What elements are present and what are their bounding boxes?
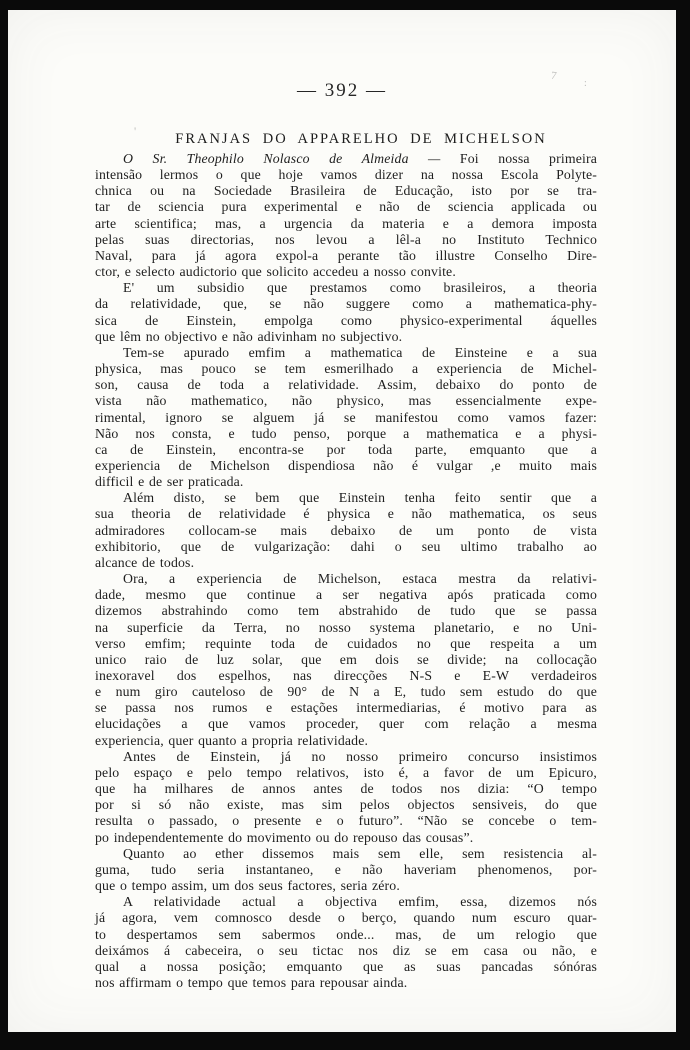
document-page: — 392 — 7 : ' FRANJAS DO APPARELHO DE MI… bbox=[8, 10, 676, 1032]
text-line: experiencia, quer quanto a propria relat… bbox=[95, 733, 597, 749]
text-line: Além disto, se bem que Einstein tenha fe… bbox=[95, 490, 597, 506]
text-line: ca de Einstein, encontra-se por toda par… bbox=[95, 442, 597, 458]
text-line: arte scientifica; mas, a urgencia da mat… bbox=[95, 216, 597, 232]
text-line: que o tempo assim, um dos seus factores,… bbox=[95, 878, 597, 894]
text-line: nos affirmam o tempo que temos para repo… bbox=[95, 975, 597, 991]
text-line: E' um subsidio que prestamos como brasil… bbox=[95, 280, 597, 296]
text-line: pelo espaço e pelo tempo relativos, isto… bbox=[95, 765, 597, 781]
text-line: Quanto ao ether dissemos mais sem elle, … bbox=[95, 846, 597, 862]
speaker-name: O Sr. Theophilo Nolasco de Almeida — bbox=[123, 151, 460, 166]
text-line: admiradores collocam-se mais debaixo de … bbox=[95, 523, 597, 539]
text-line: da relatividade, que, se não suggere com… bbox=[95, 296, 597, 312]
paragraph: Ora, a experiencia de Michelson, estaca … bbox=[95, 571, 597, 749]
text-line: guma, tudo seria instantaneo, e não have… bbox=[95, 862, 597, 878]
text-line: alcance de todos. bbox=[95, 555, 597, 571]
text-line: resulta o passado, o presente e o futuro… bbox=[95, 813, 597, 829]
text-line: Não nos consta, e tudo penso, porque a m… bbox=[95, 426, 597, 442]
scan-frame: — 392 — 7 : ' FRANJAS DO APPARELHO DE MI… bbox=[0, 0, 690, 1050]
text-line: intensão lermos o que hoje vamos dizer n… bbox=[95, 167, 597, 183]
text-line: e num giro cauteloso de 90° de N a E, tu… bbox=[95, 684, 597, 700]
text-line: verso emfim; requinte toda de cuidados n… bbox=[95, 636, 597, 652]
text-line: rimental, ignoro se alguem já se manifes… bbox=[95, 410, 597, 426]
text-line: elucidações a que vamos proceder, quer c… bbox=[95, 716, 597, 732]
text-line: tar de sciencia pura experimental e não … bbox=[95, 199, 597, 215]
text-line: exhibitorio, que de vulgarização: dahi o… bbox=[95, 539, 597, 555]
text-line: physica, mas pouco se tem esmerilhado a … bbox=[95, 361, 597, 377]
lead-rest-text: Foi nossa primeira bbox=[460, 151, 597, 166]
text-line: vista não mathematico, não physico, mas … bbox=[95, 393, 597, 409]
article-body: O Sr. Theophilo Nolasco de Almeida — Foi… bbox=[95, 151, 597, 991]
text-line: Antes de Einstein, já no nosso primeiro … bbox=[95, 749, 597, 765]
text-line: pelas suas directorias, nos levou a lêl-… bbox=[95, 232, 597, 248]
text-line: se passa nos rumos e estações intermedia… bbox=[95, 700, 597, 716]
text-line: Naval, para já agora expol-a perante tão… bbox=[95, 248, 597, 264]
page-number: — 392 — bbox=[8, 80, 676, 102]
text-line: que ha milhares de annos antes de todos … bbox=[95, 781, 597, 797]
paragraph: Quanto ao ether dissemos mais sem elle, … bbox=[95, 846, 597, 894]
text-line: A relatividade actual a objectiva emfim,… bbox=[95, 894, 597, 910]
text-line: qual a nossa posição; emquanto que as su… bbox=[95, 959, 597, 975]
paragraph: Antes de Einstein, já no nosso primeiro … bbox=[95, 749, 597, 846]
scan-artifact-colon: : bbox=[584, 78, 587, 89]
paragraph: A relatividade actual a objectiva emfim,… bbox=[95, 894, 597, 991]
scan-artifact-seven: 7 bbox=[550, 70, 557, 83]
text-line: dade, mesmo que continue a ser negativa … bbox=[95, 587, 597, 603]
paragraph: O Sr. Theophilo Nolasco de Almeida — Foi… bbox=[95, 151, 597, 280]
text-line: to despertamos sem sabermos onde... mas,… bbox=[95, 927, 597, 943]
text-line: sua theoria de relatividade é physica e … bbox=[95, 506, 597, 522]
text-line: dizemos abstrahindo como tem abstrahido … bbox=[95, 603, 597, 619]
text-line: chnica ou na Sociedade Brasileira de Edu… bbox=[95, 183, 597, 199]
text-line: experiencia de Michelson dispendiosa não… bbox=[95, 458, 597, 474]
text-line: que lêm no objectivo e não adivinham no … bbox=[95, 329, 597, 345]
text-line: por si só não existe, mas sim pelos obje… bbox=[95, 797, 597, 813]
text-line: O Sr. Theophilo Nolasco de Almeida — Foi… bbox=[95, 151, 597, 167]
paragraph: E' um subsidio que prestamos como brasil… bbox=[95, 280, 597, 345]
text-line: deixámos á cabeceira, o seu tictac nos d… bbox=[95, 943, 597, 959]
article-title: FRANJAS DO APPARELHO DE MICHELSON bbox=[110, 131, 612, 148]
text-line: ctor, e selecto audictorio que solicito … bbox=[95, 264, 597, 280]
text-line: Ora, a experiencia de Michelson, estaca … bbox=[95, 571, 597, 587]
text-line: na superficie da Terra, no nosso systema… bbox=[95, 620, 597, 636]
text-line: son, causa de toda a relatividade. Assim… bbox=[95, 377, 597, 393]
text-line: unico raio de luz solar, que em dois se … bbox=[95, 652, 597, 668]
text-line: inexoravel dos espelhos, nas direcções N… bbox=[95, 668, 597, 684]
text-line: difficil e de ser praticada. bbox=[95, 474, 597, 490]
paragraph: Tem-se apurado emfim a mathematica de Ei… bbox=[95, 345, 597, 490]
text-line: po independentemente do movimento ou do … bbox=[95, 830, 597, 846]
text-line: já agora, vem comnosco desde o berço, qu… bbox=[95, 910, 597, 926]
text-line: sica de Einstein, empolga como physico-e… bbox=[95, 313, 597, 329]
paragraph: Além disto, se bem que Einstein tenha fe… bbox=[95, 490, 597, 571]
text-line: Tem-se apurado emfim a mathematica de Ei… bbox=[95, 345, 597, 361]
